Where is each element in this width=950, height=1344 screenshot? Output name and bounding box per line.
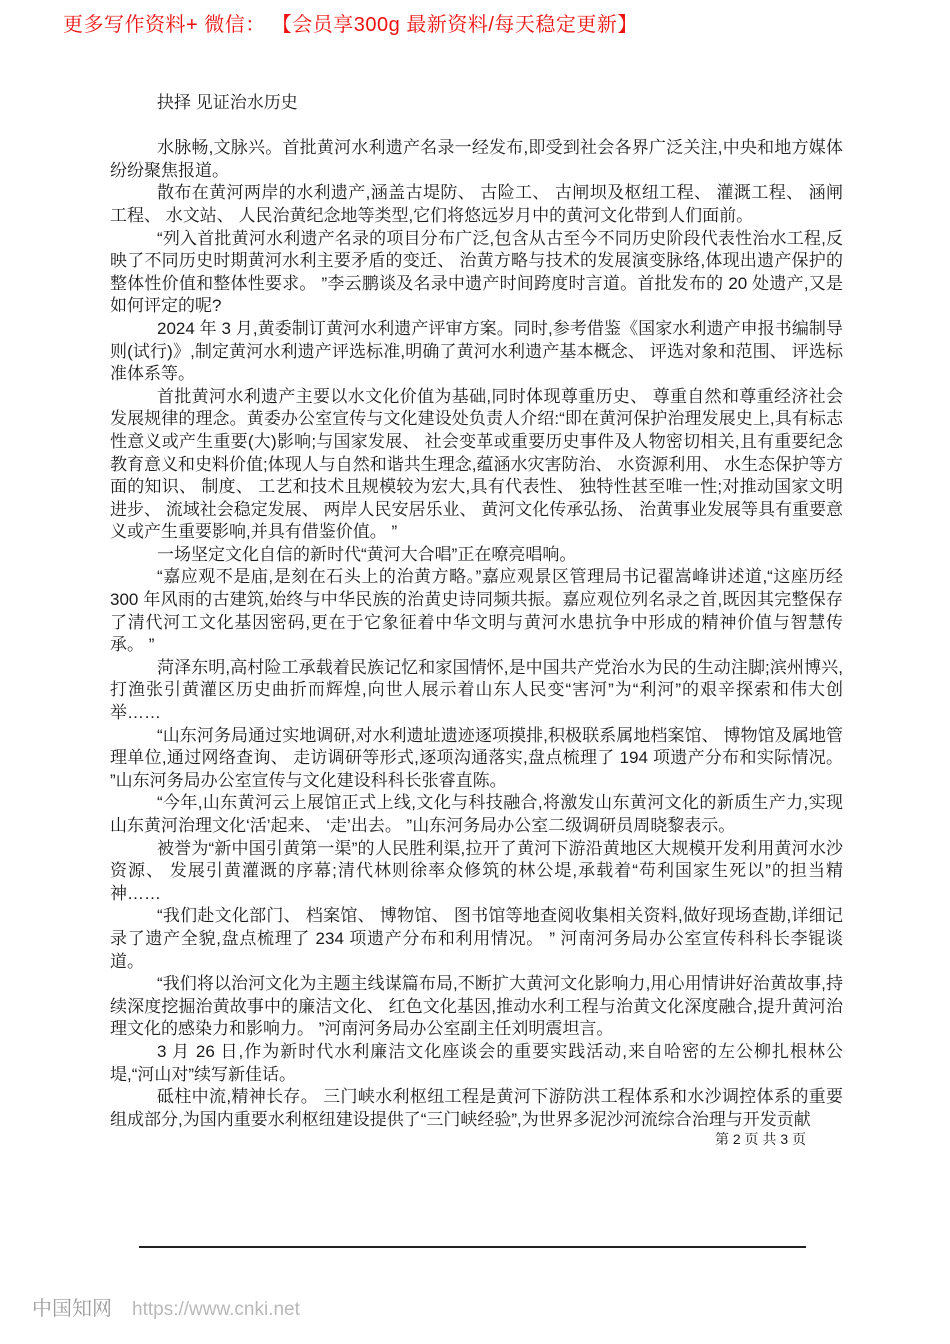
promo-header-text: 更多写作资料+ 微信： 【会员享300g 最新资料/每天稳定更新】 (63, 13, 638, 37)
paragraph: “今年,山东黄河云上展馆正式上线,文化与科技融合,将激发山东黄河文化的新质生产力… (110, 792, 843, 837)
footer-divider-line (139, 1246, 806, 1248)
cnki-url: https://www.cnki.net (132, 1299, 300, 1321)
cnki-logo-text: 中国知网 (32, 1292, 112, 1321)
paragraph: “山东河务局通过实地调研,对水利遗址遗迹逐项摸排,积极联系属地档案馆、 博物馆及… (110, 725, 843, 793)
paragraph: “我们将以治河文化为主题主线谋篇布局,不断扩大黄河文化影响力,用心用情讲好治黄故… (110, 973, 843, 1041)
document-page: 抉择 见证治水历史 水脉畅,文脉兴。首批黄河水利遗产名录一经发布,即受到社会各界… (110, 92, 843, 1131)
paragraph: “我们赴文化部门、 档案馆、 博物馆、 图书馆等地查阅收集相关资料,做好现场查勘… (110, 905, 843, 973)
paragraph: 菏泽东明,高村险工承载着民族记忆和家国情怀,是中国共产党治水为民的生动注脚;滨州… (110, 657, 843, 725)
paragraph: 一场坚定文化自信的新时代“黄河大合唱”正在嘹亮唱响。 (110, 544, 843, 567)
paragraph: 水脉畅,文脉兴。首批黄河水利遗产名录一经发布,即受到社会各界广泛关注,中央和地方… (110, 137, 843, 182)
paragraph: “嘉应观不是庙,是刻在石头上的治黄方略。”嘉应观景区管理局书记翟嵩峰讲述道,“这… (110, 566, 843, 656)
paragraph: 砥柱中流,精神长存。 三门峡水利枢纽工程是黄河下游防洪工程体系和水沙调控体系的重… (110, 1086, 843, 1131)
cnki-watermark: 中国知网 https://www.cnki.net (32, 1292, 300, 1321)
paragraph: 首批黄河水利遗产主要以水文化价值为基础,同时体现尊重历史、 尊重自然和尊重经济社… (110, 386, 843, 544)
paragraph: 3 月 26 日,作为新时代水利廉洁文化座谈会的重要实践活动,来自哈密的左公柳扎… (110, 1041, 843, 1086)
paragraph: 散布在黄河两岸的水利遗产,涵盖古堤防、 古险工、 古闸坝及枢纽工程、 灌溉工程、… (110, 182, 843, 227)
page-number-indicator: 第 2 页 共 3 页 (110, 1129, 806, 1149)
article-body: 水脉畅,文脉兴。首批黄河水利遗产名录一经发布,即受到社会各界广泛关注,中央和地方… (110, 137, 843, 1131)
article-title-line: 抉择 见证治水历史 (110, 92, 843, 115)
paragraph: 2024 年 3 月,黄委制订黄河水利遗产评审方案。同时,参考借鉴《国家水利遗产… (110, 318, 843, 386)
paragraph: 被誉为“新中国引黄第一渠”的人民胜利渠,拉开了黄河下游沿黄地区大规模开发利用黄河… (110, 838, 843, 906)
paragraph: “列入首批黄河水利遗产名录的项目分布广泛,包含从古至今不同历史阶段代表性治水工程… (110, 228, 843, 318)
